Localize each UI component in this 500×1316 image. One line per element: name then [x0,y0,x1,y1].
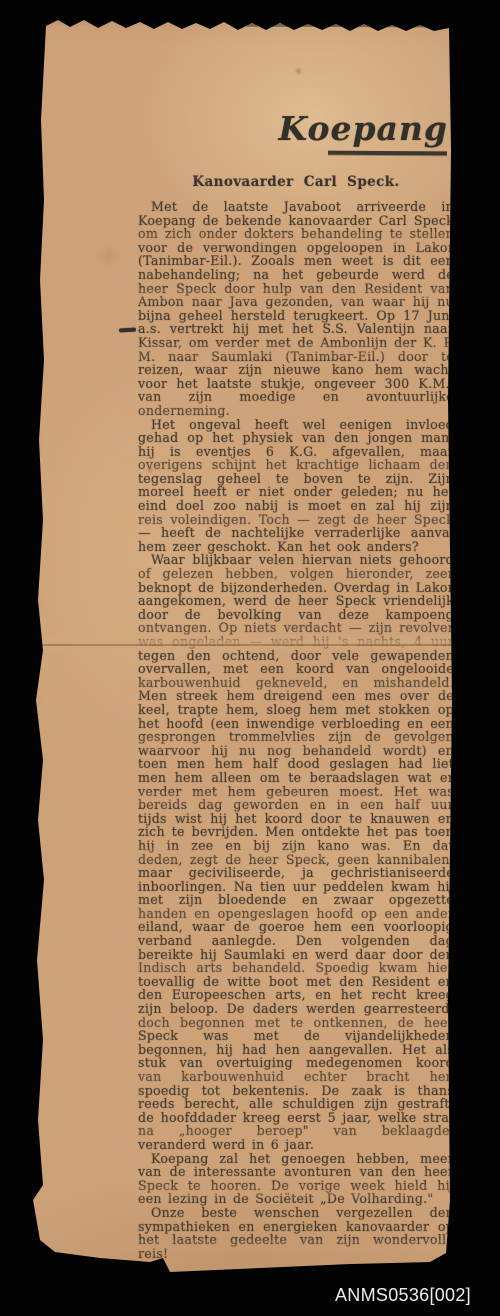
article-headline: Kanovaarder Carl Speck. [138,172,454,191]
fold-crease-line [37,644,451,646]
article-paragraph-4: Koepang zal het genoegen hebben, meer va… [138,1152,454,1206]
paper-stain [294,67,303,75]
catalog-number-label: ANMS0536[002] [335,1284,471,1306]
article-paragraph-1: Met de laatste Javaboot arriveerde in Ko… [138,200,454,418]
margin-ink-mark [119,328,136,333]
article-paragraph-5: Onze beste wenschen vergezellen den symp… [138,1206,454,1260]
article-paragraph-2: Het ongeval heeft wel eenigen invloed ge… [138,418,454,554]
article-column: Kanovaarder Carl Speck. Met de laatste J… [138,172,454,1267]
paper-stain [96,246,122,266]
photo-background: Koepang Kanovaarder Carl Speck. Met de l… [0,0,500,1316]
fold-crease-fade [37,634,451,652]
torn-edge-print-remnant [232,24,428,28]
masthead-underline [328,151,447,156]
masthead-title: Koepang [230,109,448,149]
newspaper-clipping: Koepang Kanovaarder Carl Speck. Met de l… [0,0,500,1316]
